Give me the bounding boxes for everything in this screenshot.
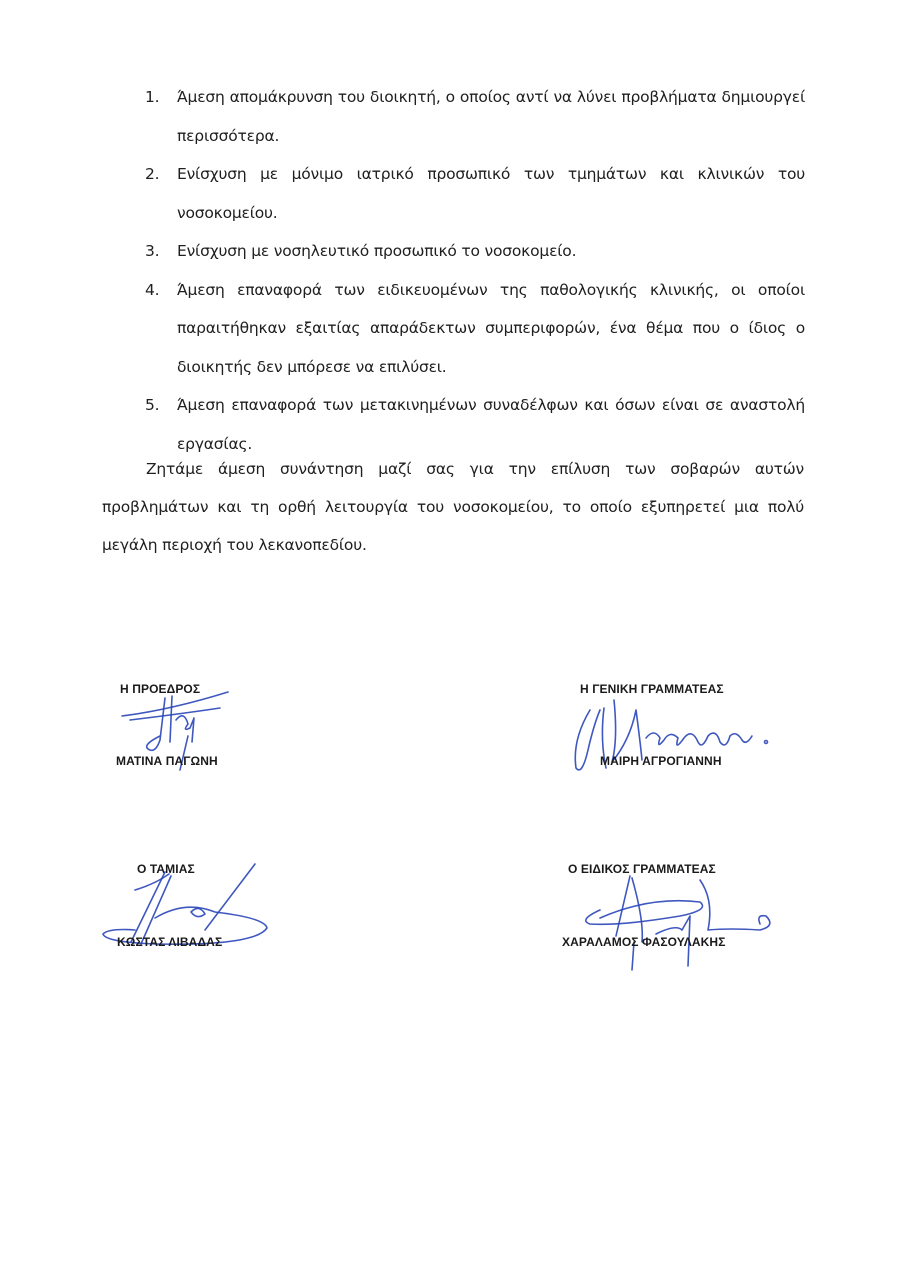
handwritten-signature-icon: [560, 860, 810, 970]
signature-block-president: Η ΠΡΟΕΔΡΟΣ ΜΑΤΙΝΑ ΠΑΓΩΝΗ: [110, 680, 310, 780]
signature-name: ΜΑΙΡΗ ΑΓΡΟΓΙΑΝΝΗ: [600, 754, 722, 768]
demand-item: 2. Ενίσχυση με μόνιμο ιατρικό προσωπικό …: [145, 155, 805, 232]
demand-text: Άμεση απομάκρυνση του διοικητή, ο οποίος…: [177, 78, 805, 155]
demand-text: Ενίσχυση με νοσηλευτικό προσωπικό το νοσ…: [177, 232, 805, 271]
signature-name: ΚΩΣΤΑΣ ΛΙΒΑΔΑΣ: [117, 935, 222, 949]
demand-number: 1.: [145, 78, 159, 117]
demand-item: 1. Άμεση απομάκρυνση του διοικητή, ο οπο…: [145, 78, 805, 155]
demand-number: 3.: [145, 232, 159, 271]
signature-name: ΜΑΤΙΝΑ ΠΑΓΩΝΗ: [116, 754, 218, 768]
demand-number: 2.: [145, 155, 159, 194]
signature-block-general-secretary: Η ΓΕΝΙΚΗ ΓΡΑΜΜΑΤΕΑΣ ΜΑΙΡΗ ΑΓΡΟΓΙΑΝΝΗ: [570, 680, 810, 780]
demand-item: 4. Άμεση επαναφορά των ειδικευομένων της…: [145, 271, 805, 387]
signature-name: ΧΑΡΑΛΑΜΟΣ ΦΑΣΟΥΛΑΚΗΣ: [562, 935, 726, 949]
signature-block-special-secretary: Ο ΕΙΔΙΚΟΣ ΓΡΑΜΜΑΤΕΑΣ ΧΑΡΑΛΑΜΟΣ ΦΑΣΟΥΛΑΚΗ…: [560, 860, 810, 960]
demand-number: 4.: [145, 271, 159, 310]
signature-block-treasurer: Ο ΤΑΜΙΑΣ ΚΩΣΤΑΣ ΛΙΒΑΔΑΣ: [95, 860, 305, 960]
demand-item: 3. Ενίσχυση με νοσηλευτικό προσωπικό το …: [145, 232, 805, 271]
document-page: 1. Άμεση απομάκρυνση του διοικητή, ο οπο…: [0, 0, 918, 1285]
demands-list: 1. Άμεση απομάκρυνση του διοικητή, ο οπο…: [145, 78, 805, 463]
demand-number: 5.: [145, 386, 159, 425]
demand-text: Άμεση επαναφορά των ειδικευομένων της πα…: [177, 271, 805, 387]
demand-text: Ενίσχυση με μόνιμο ιατρικό προσωπικό των…: [177, 155, 805, 232]
closing-paragraph: Ζητάμε άμεση συνάντηση μαζί σας για την …: [102, 450, 804, 564]
